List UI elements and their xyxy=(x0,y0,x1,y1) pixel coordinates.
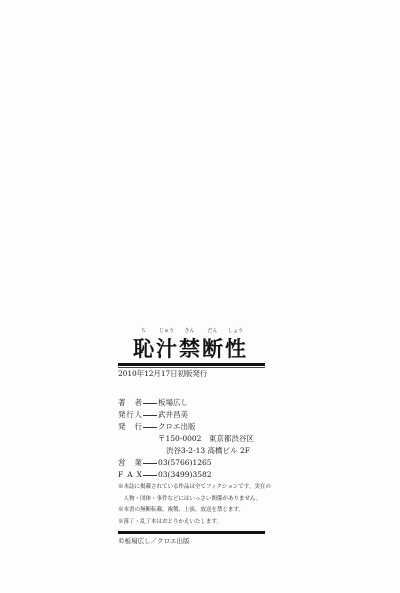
ruby-text: だん xyxy=(201,328,224,334)
credit-label: 発 行 人 xyxy=(118,409,142,421)
credit-author: 著 者 板場広し xyxy=(118,397,266,409)
title-rule-thin xyxy=(118,367,265,368)
note-line: ※落丁・乱丁本はおとりかえいたします。 xyxy=(118,517,266,529)
note-line: ※本書の無断転載、複製、上演、放送を禁じます。 xyxy=(118,505,266,517)
address-line-2: 渋谷3-2-13 高橋ビル 2F xyxy=(118,445,266,457)
credit-value: 03(3499)3582 xyxy=(158,469,212,481)
title-char: じゅう汁 xyxy=(155,337,178,361)
dash-separator xyxy=(143,421,157,428)
ruby-text: きん xyxy=(178,328,201,334)
credit-sales: 営 業 03(5766)1265 xyxy=(118,457,266,469)
bottom-rule xyxy=(118,531,265,534)
credit-publisher: 発 行 クロエ出版 xyxy=(118,421,266,433)
credit-value: 03(5766)1265 xyxy=(158,457,212,469)
ruby-text: ち xyxy=(132,328,155,334)
credit-label: 著 者 xyxy=(118,397,142,409)
dash-separator xyxy=(143,397,157,404)
credit-label: 営 業 xyxy=(118,457,142,469)
ruby-text: しょう xyxy=(224,328,247,334)
dash-separator xyxy=(143,457,157,464)
note-line: 人物・団体・事件などにはいっさい関係がありません。 xyxy=(118,494,266,506)
address-line-1: 〒150-0002 東京都渋谷区 xyxy=(118,433,266,445)
publication-date: 2010年12月17日初版発行 xyxy=(118,369,266,379)
credit-publisher-person: 発 行 人 武井昌美 xyxy=(118,409,266,421)
credit-value: クロエ出版 xyxy=(158,421,196,433)
ruby-text: じゅう xyxy=(155,328,178,334)
dash-separator xyxy=(143,409,157,416)
title-rule-thick xyxy=(118,363,265,366)
credit-value: 板場広し xyxy=(158,397,188,409)
title-char: きん禁 xyxy=(178,337,201,361)
credit-label: 発 行 xyxy=(118,421,142,433)
legal-notes: ※本誌に掲載されている作品は全てフィクションです。実在の 人物・団体・事件などに… xyxy=(118,482,266,528)
copyright-line: ©板場広し／クロエ出版 xyxy=(118,536,266,546)
credits-block: 著 者 板場広し 発 行 人 武井昌美 発 行 クロエ出版 〒150-0002 … xyxy=(118,397,266,481)
credit-value: 武井昌美 xyxy=(158,409,188,421)
title-char: だん断 xyxy=(201,337,224,361)
title-char: ち恥 xyxy=(132,337,155,361)
credit-label: F A X xyxy=(118,469,142,481)
note-line: ※本誌に掲載されている作品は全てフィクションです。実在の xyxy=(118,482,266,494)
book-title: ち恥じゅう汁きん禁だん断しょう性 xyxy=(118,328,266,362)
dash-separator xyxy=(143,469,157,476)
colophon: ち恥じゅう汁きん禁だん断しょう性 2010年12月17日初版発行 著 者 板場広… xyxy=(118,328,266,546)
credit-fax: F A X 03(3499)3582 xyxy=(118,469,266,481)
title-char: しょう性 xyxy=(224,337,247,361)
